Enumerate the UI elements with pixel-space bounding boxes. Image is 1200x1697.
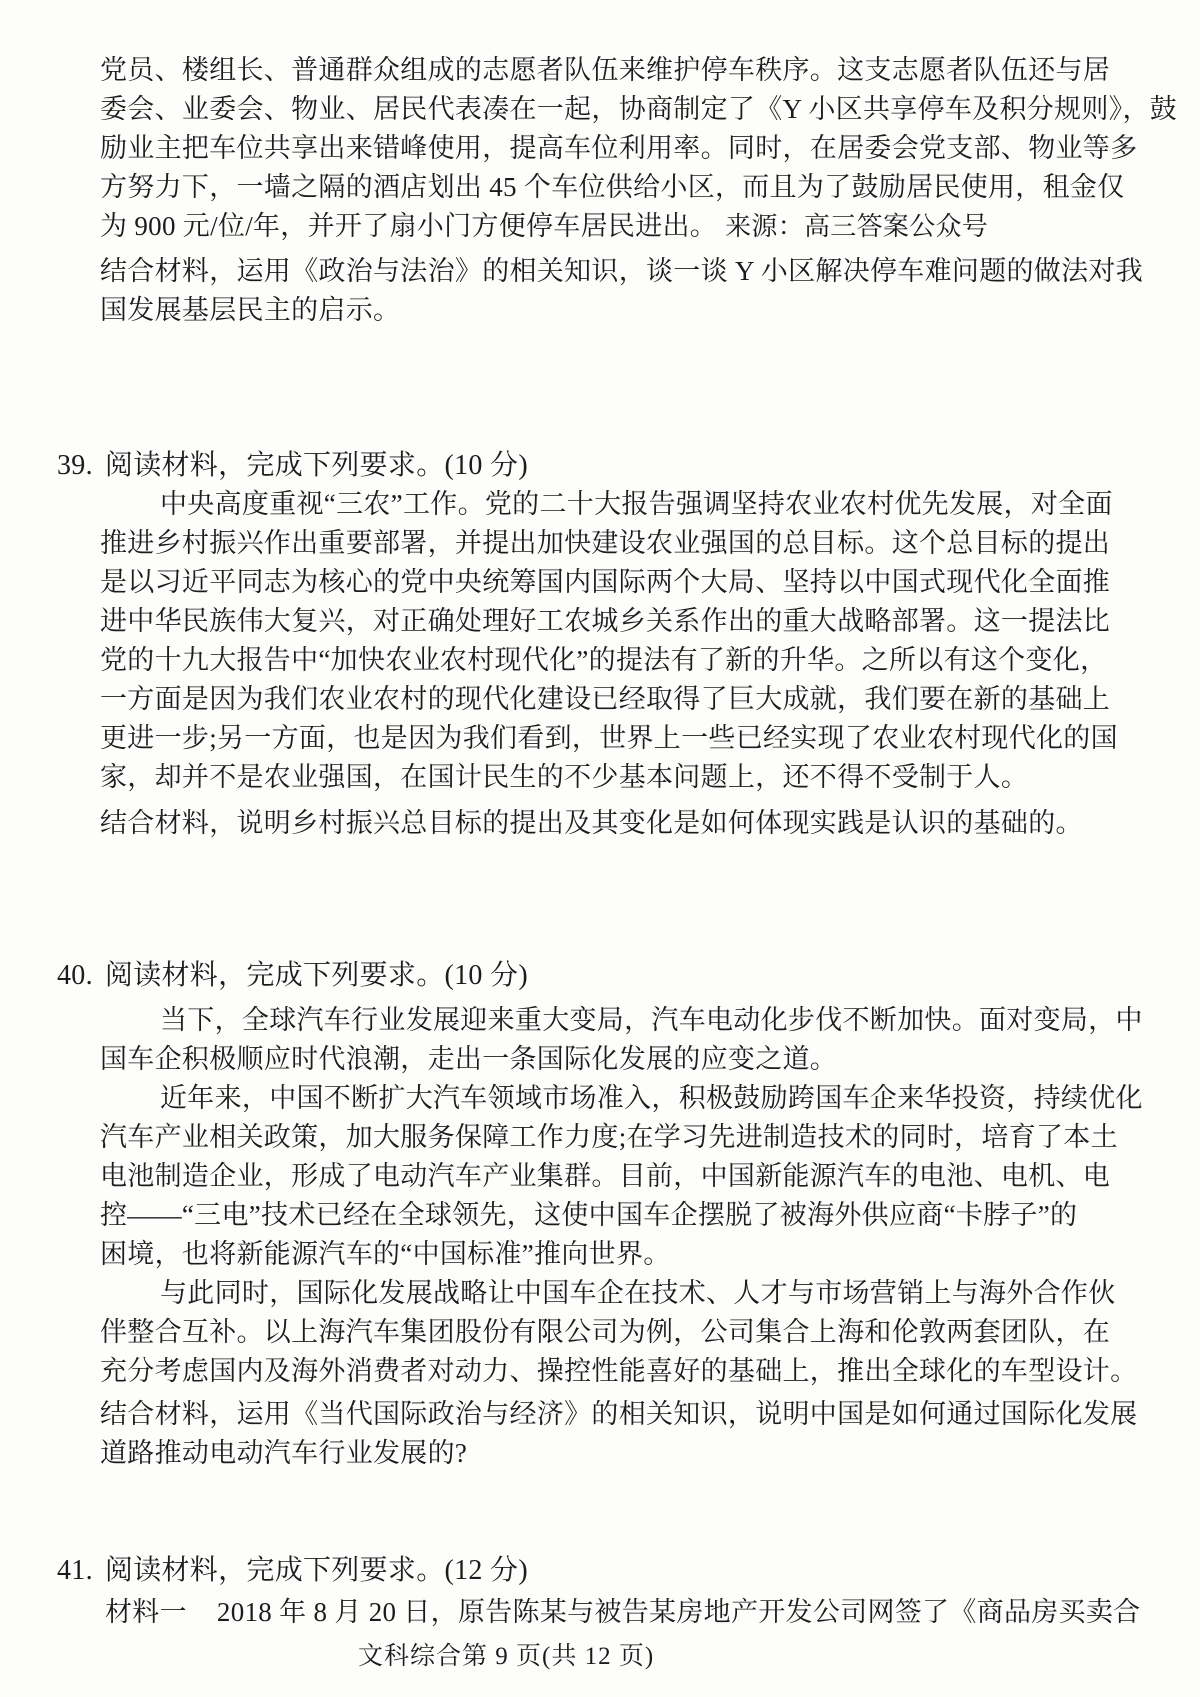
question-39-header: 39.阅读材料，完成下列要求。(10 分) — [0, 446, 1200, 485]
question-40-material: 当下，全球汽车行业发展迎来重大变局，汽车电动化步伐不断加快。面对变局，中 国车企… — [0, 1001, 1200, 1391]
text-line: 方努力下，一墙之隔的酒店划出 45 个车位供给小区，而且为了鼓励居民使用，租金仅 — [0, 168, 1200, 207]
text-line: 国发展基层民主的启示。 — [0, 291, 1200, 330]
question-stem: 阅读材料，完成下列要求。(10 分) — [105, 450, 528, 481]
text-line: 党员、楼组长、普通群众组成的志愿者队伍来维护停车秩序。这支志愿者队伍还与居 — [0, 51, 1200, 90]
text-line: 一方面是因为我们农业农村的现代化建设已经取得了巨大成就，我们要在新的基础上 — [0, 680, 1200, 719]
text-line: 进中华民族伟大复兴，对正确处理好工农城乡关系作出的重大战略部署。这一提法比 — [0, 602, 1200, 641]
question-41-material: 材料一2018 年 8 月 20 日，原告陈某与被告某房地产开发公司网签了《商品… — [0, 1593, 1200, 1632]
text-line: 电池制造企业，形成了电动汽车产业集群。目前，中国新能源汽车的电池、电机、电 — [0, 1157, 1200, 1196]
text-line: 伴整合互补。以上海汽车集团股份有限公司为例，公司集合上海和伦敦两套团队，在 — [0, 1313, 1200, 1352]
text-line: 励业主把车位共享出来错峰使用，提高车位利用率。同时，在居委会党支部、物业等多 — [0, 129, 1200, 168]
question-number: 41. — [57, 1555, 93, 1586]
text-line: 困境，也将新能源汽车的“中国标准”推向世界。 — [0, 1235, 1200, 1274]
text-line: 更进一步;另一方面，也是因为我们看到，世界上一些已经实现了农业农村现代化的国 — [0, 719, 1200, 758]
question-stem: 阅读材料，完成下列要求。(12 分) — [105, 1555, 528, 1586]
prev-question-task: 结合材料，运用《政治与法治》的相关知识，谈一谈 Y 小区解决停车难问题的做法对我… — [0, 252, 1200, 330]
text-line: 控——“三电”技术已经在全球领先，这使中国车企摆脱了被海外供应商“卡脖子”的 — [0, 1196, 1200, 1235]
text-line: 当下，全球汽车行业发展迎来重大变局，汽车电动化步伐不断加快。面对变局，中 — [0, 1001, 1200, 1040]
prev-question-material: 党员、楼组长、普通群众组成的志愿者队伍来维护停车秩序。这支志愿者队伍还与居 委会… — [0, 51, 1200, 246]
text-segment: 2018 年 8 月 20 日，原告陈某与被告某房地产开发公司网签了《商品房买卖… — [217, 1597, 1141, 1627]
text-line: 中央高度重视“三农”工作。党的二十大报告强调坚持农业农村优先发展，对全面 — [0, 485, 1200, 524]
text-line: 道路推动电动汽车行业发展的? — [0, 1434, 1200, 1473]
question-number: 39. — [57, 450, 93, 481]
question-40-task: 结合材料，运用《当代国际政治与经济》的相关知识，说明中国是如何通过国际化发展 道… — [0, 1395, 1200, 1473]
text-line: 结合材料，运用《政治与法治》的相关知识，谈一谈 Y 小区解决停车难问题的做法对我 — [0, 252, 1200, 291]
source-watermark: 来源：高三答案公众号 — [725, 211, 988, 241]
material-label: 材料一 — [105, 1597, 187, 1627]
question-number: 40. — [57, 960, 93, 991]
question-39-task: 结合材料，说明乡村振兴总目标的提出及其变化是如何体现实践是认识的基础的。 — [0, 804, 1200, 843]
text-line: 国车企积极顺应时代浪潮，走出一条国际化发展的应变之道。 — [0, 1040, 1200, 1079]
text-line: 为 900 元/位/年，并开了扇小门方便停车居民进出。来源：高三答案公众号 — [0, 207, 1200, 246]
text-line: 材料一2018 年 8 月 20 日，原告陈某与被告某房地产开发公司网签了《商品… — [0, 1593, 1200, 1632]
text-line: 与此同时，国际化发展战略让中国车企在技术、人才与市场营销上与海外合作伙 — [0, 1274, 1200, 1313]
text-line: 汽车产业相关政策，加大服务保障工作力度;在学习先进制造技术的同时，培育了本土 — [0, 1118, 1200, 1157]
text-line: 充分考虑国内及海外消费者对动力、操控性能喜好的基础上，推出全球化的车型设计。 — [0, 1352, 1200, 1391]
question-41-header: 41.阅读材料，完成下列要求。(12 分) — [0, 1551, 1200, 1590]
question-stem: 阅读材料，完成下列要求。(10 分) — [105, 960, 528, 991]
text-line: 党的十九大报告中“加快农业农村现代化”的提法有了新的升华。之所以有这个变化， — [0, 641, 1200, 680]
text-line: 推进乡村振兴作出重要部署，并提出加快建设农业强国的总目标。这个总目标的提出 — [0, 524, 1200, 563]
text-line: 是以习近平同志为核心的党中央统筹国内国际两个大局、坚持以中国式现代化全面推 — [0, 563, 1200, 602]
text-line: 结合材料，说明乡村振兴总目标的提出及其变化是如何体现实践是认识的基础的。 — [0, 804, 1200, 843]
page-footer: 文科综合第 9 页(共 12 页) — [0, 1643, 1200, 1671]
text-line: 家，却并不是农业强国，在国计民生的不少基本问题上，还不得不受制于人。 — [0, 758, 1200, 797]
exam-paper-page: 党员、楼组长、普通群众组成的志愿者队伍来维护停车秩序。这支志愿者队伍还与居 委会… — [0, 0, 1200, 1697]
text-line: 委会、业委会、物业、居民代表凑在一起，协商制定了《Y 小区共享停车及积分规则》，… — [0, 90, 1200, 129]
text-line: 结合材料，运用《当代国际政治与经济》的相关知识，说明中国是如何通过国际化发展 — [0, 1395, 1200, 1434]
text-segment: 为 900 元/位/年，并开了扇小门方便停车居民进出。 — [100, 211, 717, 241]
question-39-material: 中央高度重视“三农”工作。党的二十大报告强调坚持农业农村优先发展，对全面 推进乡… — [0, 485, 1200, 797]
question-40-header: 40.阅读材料，完成下列要求。(10 分) — [0, 956, 1200, 995]
text-line: 近年来，中国不断扩大汽车领域市场准入，积极鼓励跨国车企来华投资，持续优化 — [0, 1079, 1200, 1118]
